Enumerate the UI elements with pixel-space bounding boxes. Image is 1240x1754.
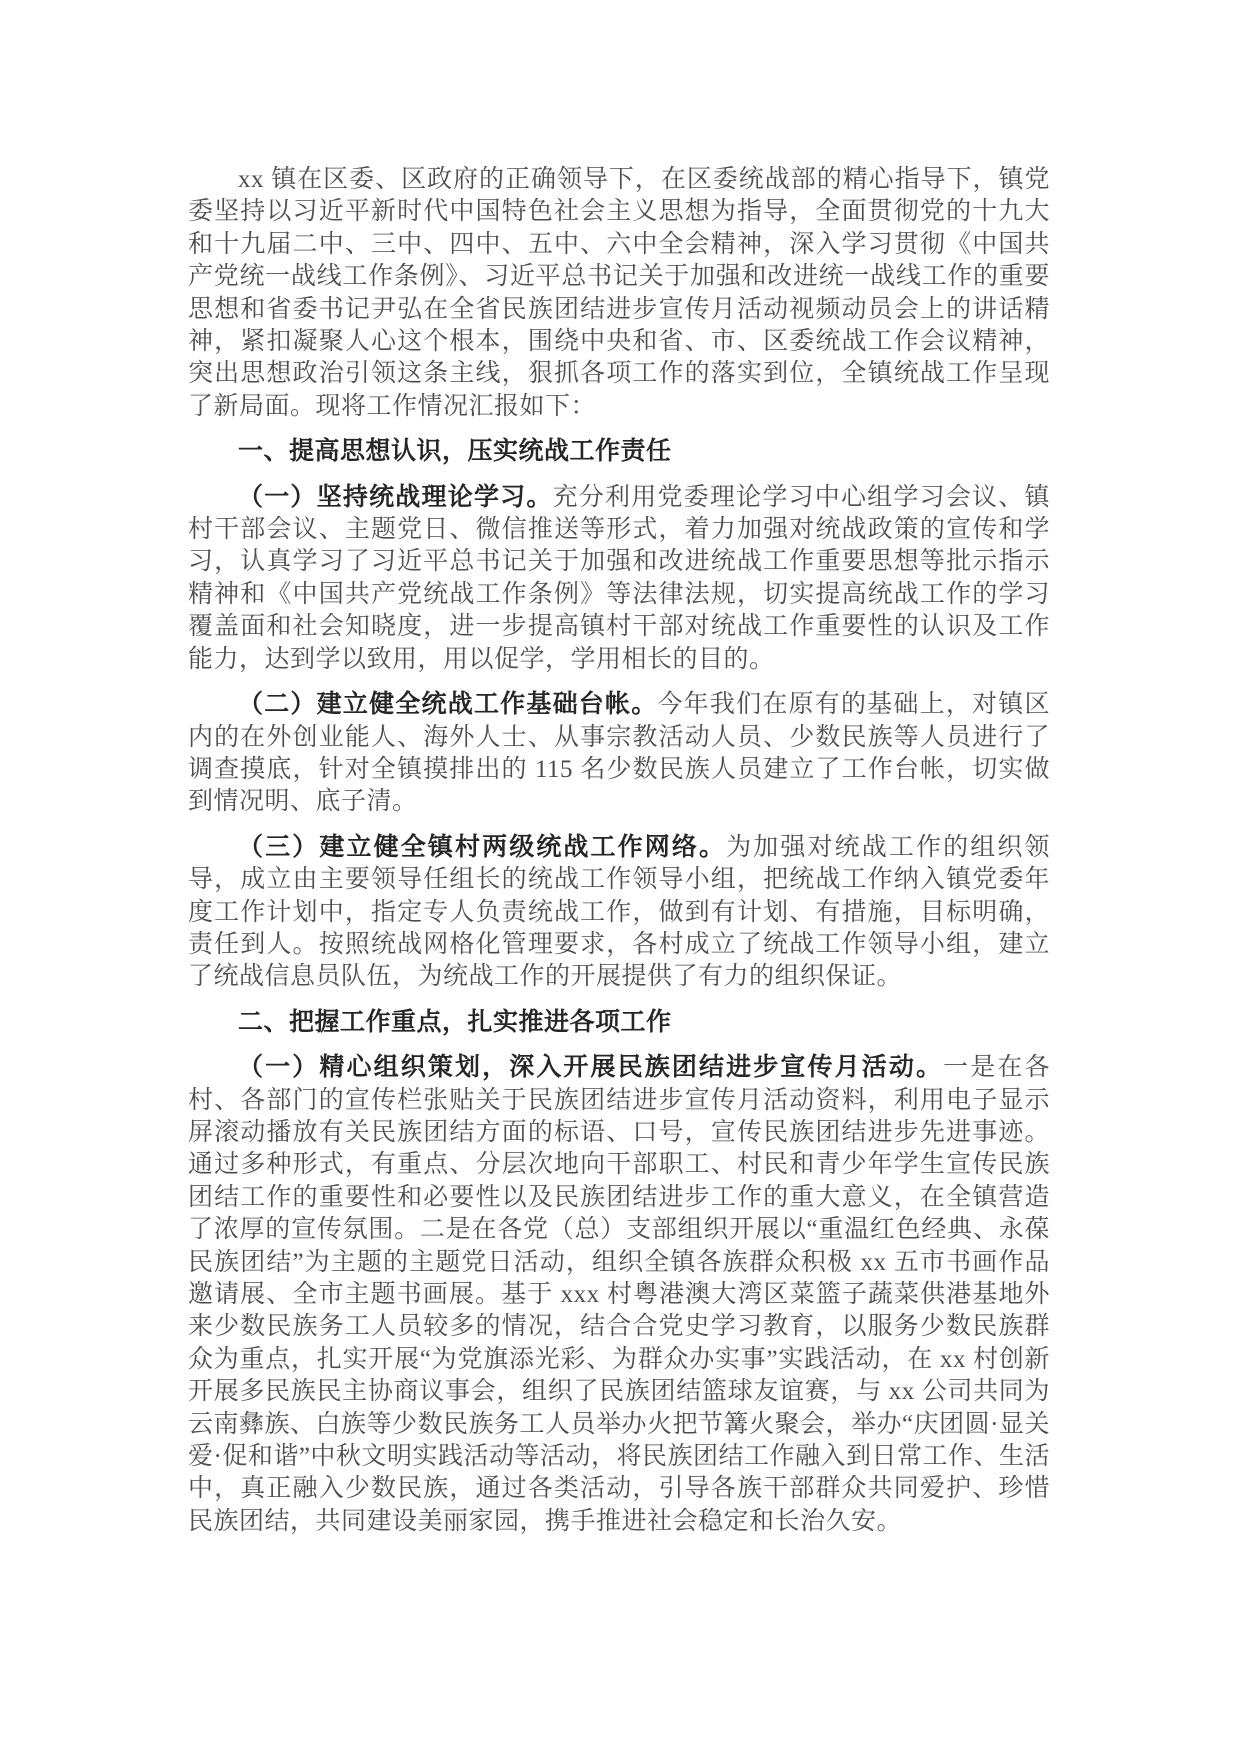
- section-2-item-1-paragraph: （一）精心组织策划，深入开展民族团结进步宣传月活动。一是在各村、各部门的宣传栏张…: [188, 1052, 1050, 1538]
- section-2-item-1-lead: （一）精心组织策划，深入开展民族团结进步宣传月活动。: [238, 1054, 943, 1081]
- document-body: xx 镇在区委、区政府的正确领导下，在区委统战部的精心指导下，镇党委坚持以习近平…: [188, 164, 1050, 1551]
- section-1-item-3-paragraph: （三）建立健全镇村两级统战工作网络。为加强对统战工作的组织领导，成立由主要领导任…: [188, 832, 1050, 994]
- section-1-item-3-lead: （三）建立健全镇村两级统战工作网络。: [238, 834, 726, 861]
- section-2-item-1-text: 一是在各村、各部门的宣传栏张贴关于民族团结进步宣传月活动资料，利用电子显示屏滚动…: [188, 1054, 1050, 1535]
- section-2-heading: 二、把握工作重点，扎实推进各项工作: [188, 1007, 1050, 1039]
- intro-paragraph: xx 镇在区委、区政府的正确领导下，在区委统战部的精心指导下，镇党委坚持以习近平…: [188, 164, 1050, 423]
- section-1-item-2-lead: （二）建立健全统战工作基础台帐。: [238, 691, 657, 718]
- intro-text: xx 镇在区委、区政府的正确领导下，在区委统战部的精心指导下，镇党委坚持以习近平…: [188, 166, 1050, 420]
- section-1-item-2-paragraph: （二）建立健全统战工作基础台帐。今年我们在原有的基础上，对镇区内的在外创业能人、…: [188, 689, 1050, 819]
- section-1-heading: 一、提高思想认识，压实统战工作责任: [188, 436, 1050, 468]
- section-1-item-1-text: 充分利用党委理论学习中心组学习会议、镇村干部会议、主题党日、微信推送等形式，着力…: [188, 484, 1050, 673]
- section-1-item-1-lead: （一）坚持统战理论学习。: [238, 484, 553, 511]
- section-1-item-1-paragraph: （一）坚持统战理论学习。充分利用党委理论学习中心组学习会议、镇村干部会议、主题党…: [188, 482, 1050, 676]
- document-page: xx 镇在区委、区政府的正确领导下，在区委统战部的精心指导下，镇党委坚持以习近平…: [0, 0, 1240, 1754]
